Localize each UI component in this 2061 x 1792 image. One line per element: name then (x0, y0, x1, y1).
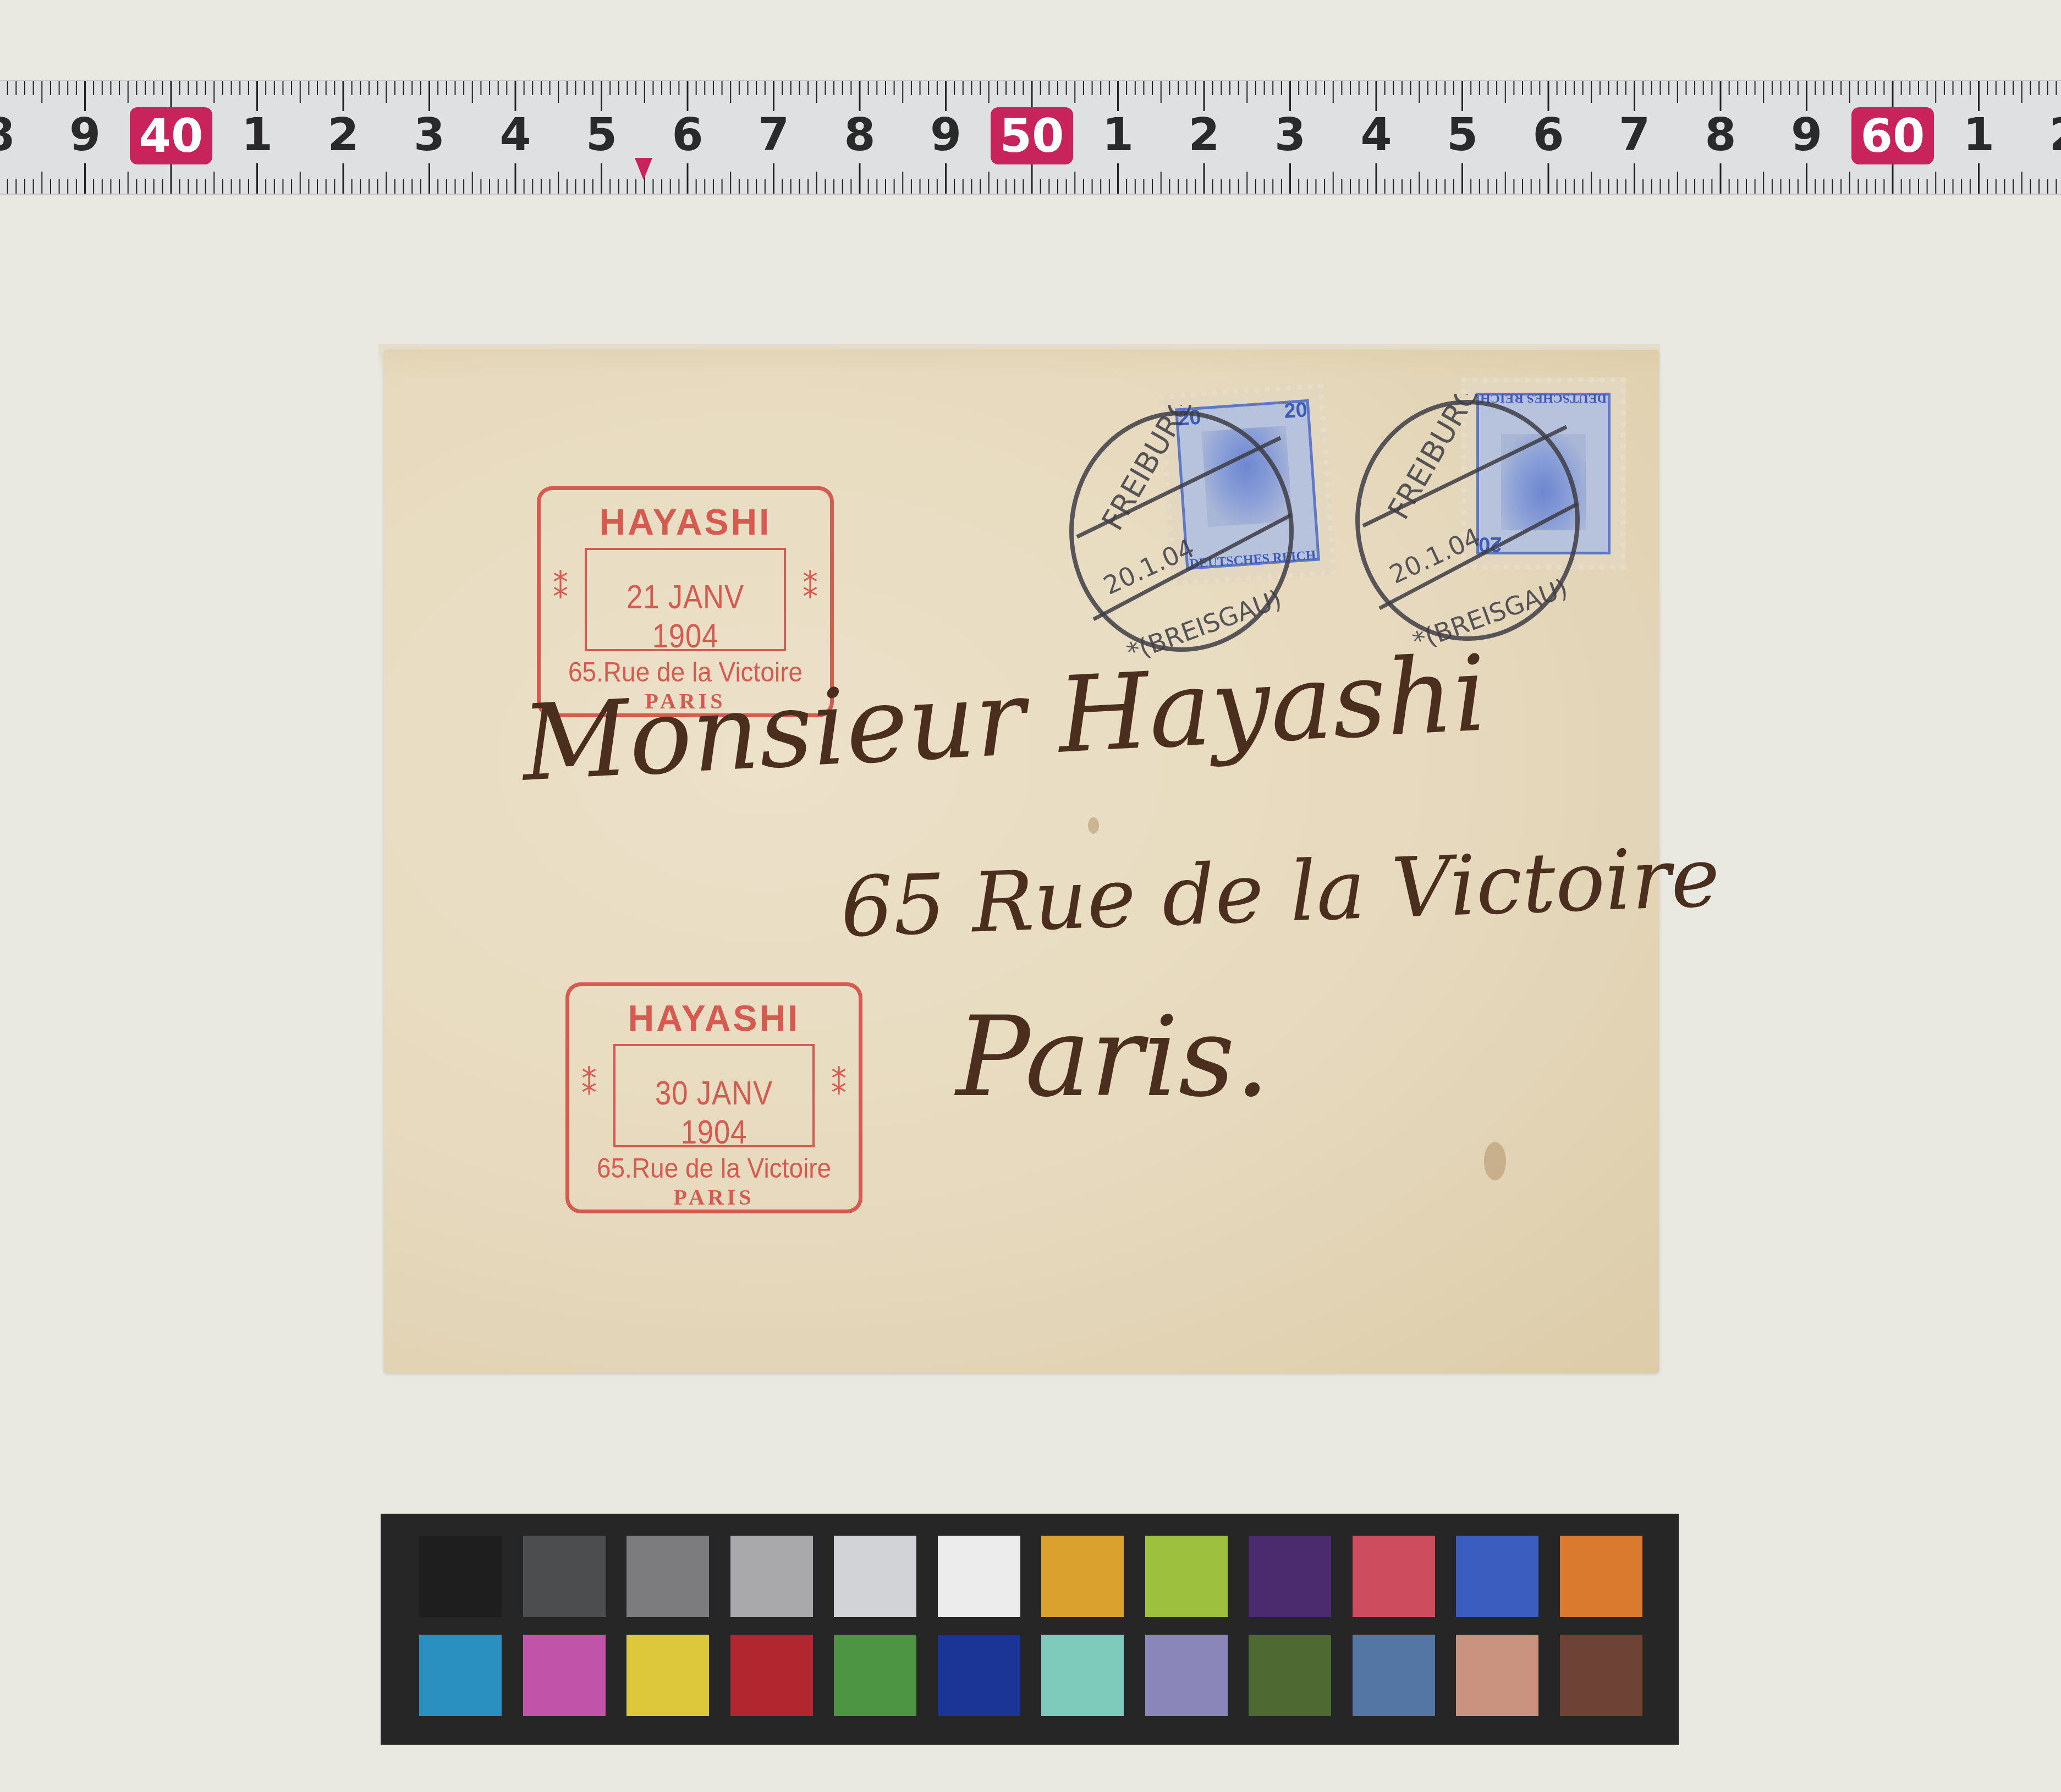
ruler-label: 1 (230, 113, 285, 158)
color-patch (419, 1536, 502, 1617)
stamp-name: HAYASHI (569, 997, 859, 1039)
ornament-icon: ⁑ (803, 573, 818, 603)
measuring-ruler: 8940123456789501234567896012 (0, 80, 2061, 195)
stamp-date: 30 JANV 1904 (630, 1074, 798, 1152)
stamp-date-frame: 21 JANV 1904 (585, 548, 786, 651)
receipt-stamp-2: HAYASHI 30 JANV 1904 ⁑ ⁑ 65.Rue de la Vi… (565, 982, 862, 1213)
ruler-label: 1 (1091, 113, 1146, 158)
color-patch (419, 1635, 502, 1716)
ruler-label: 8 (0, 113, 26, 158)
spot-stain (1484, 1142, 1506, 1180)
ruler-label: 4 (1349, 113, 1404, 158)
ornament-icon: ⁑ (553, 573, 568, 603)
ruler-label: 5 (574, 113, 629, 158)
ruler-label: 1 (1952, 113, 2007, 158)
ruler-label: 50 (991, 107, 1073, 164)
ruler-label: 7 (1607, 113, 1662, 158)
envelope: HAYASHI 21 JANV 1904 ⁑ ⁑ 65.Rue de la Vi… (384, 350, 1659, 1373)
ruler-label: 8 (1693, 113, 1748, 158)
germania-portrait-icon (1201, 426, 1293, 527)
ruler-label: 6 (1521, 113, 1576, 158)
color-patch (730, 1536, 813, 1617)
color-checker-card (381, 1514, 1679, 1745)
spot-stain (1088, 817, 1099, 834)
color-patch (1041, 1635, 1124, 1716)
ornament-icon: ⁑ (581, 1069, 597, 1100)
ruler-label: 3 (1263, 113, 1318, 158)
color-patch (1145, 1635, 1228, 1716)
color-patch (730, 1635, 813, 1716)
stamp-country: DEUTSCHES REICH (1466, 391, 1620, 405)
color-patch (1560, 1536, 1642, 1617)
stamp-value: 20 (1479, 532, 1502, 556)
ornament-icon: ⁑ (831, 1069, 847, 1100)
stamp-date-frame: 30 JANV 1904 (613, 1044, 815, 1147)
handwritten-city: Paris. (956, 993, 1270, 1122)
color-patch (1249, 1536, 1331, 1617)
color-patch (1249, 1635, 1331, 1716)
color-patch (1353, 1635, 1435, 1716)
ruler-label: 9 (58, 113, 113, 158)
stamp-address: 65.Rue de la Victoire (581, 1152, 847, 1184)
color-patch (626, 1536, 709, 1617)
postage-stamp-2: 20 DEUTSCHES REICH (1461, 377, 1626, 570)
color-patch (938, 1635, 1020, 1716)
color-patch (1560, 1635, 1642, 1716)
stamp-date: 21 JANV 1904 (602, 578, 769, 656)
handwritten-street: 65 Rue de la Victoire (839, 829, 1721, 956)
color-patch (626, 1635, 709, 1716)
ruler-label: 2 (316, 113, 371, 158)
stamp-value: 20 (1177, 406, 1202, 431)
edge-stain (378, 344, 1660, 377)
stamp-name: HAYASHI (541, 501, 830, 543)
ruler-label: 40 (130, 107, 212, 164)
ruler-label: 2 (2037, 113, 2061, 158)
color-patch (523, 1536, 606, 1617)
postage-stamp-1: 20 20 DEUTSCHES REICH (1158, 383, 1337, 586)
color-patch (1456, 1635, 1538, 1716)
ruler-label: 5 (1435, 113, 1490, 158)
stamp-value: 20 (1283, 398, 1308, 424)
ruler-label: 7 (746, 113, 801, 158)
stamp-city: PARIS (569, 1184, 859, 1210)
ruler-label: 4 (488, 113, 543, 158)
color-patch (834, 1536, 916, 1617)
ruler-label: 8 (832, 113, 887, 158)
ruler-label: 2 (1177, 113, 1232, 158)
ruler-label: 9 (919, 113, 974, 158)
ruler-label: 6 (660, 113, 715, 158)
color-patch (1353, 1536, 1435, 1617)
color-patch (1456, 1536, 1538, 1617)
ruler-label: 3 (402, 113, 457, 158)
ruler-label: 9 (1779, 113, 1834, 158)
color-patch (523, 1635, 606, 1716)
color-patch (1041, 1536, 1124, 1617)
ruler-marker-icon (633, 158, 655, 191)
color-patch (834, 1635, 916, 1716)
color-patch (938, 1536, 1020, 1617)
color-patch (1145, 1536, 1228, 1617)
ruler-label: 60 (1851, 107, 1934, 164)
germania-portrait-icon (1501, 434, 1586, 530)
